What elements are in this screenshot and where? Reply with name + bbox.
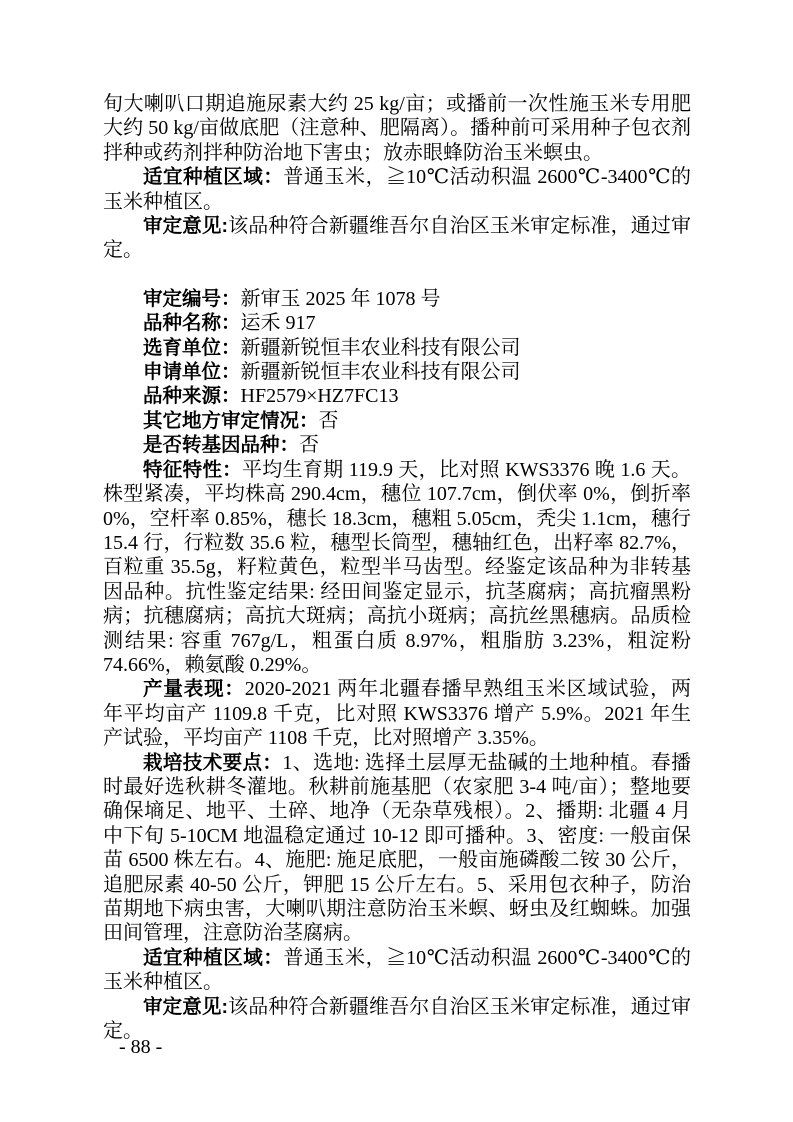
field-value: HF2579×HZ7FC13 — [241, 385, 399, 407]
field-label: 品种名称： — [143, 312, 241, 334]
section-label: 产量表现： — [143, 678, 245, 700]
prev-variety-opinion-paragraph: 审定意见:该品种符合新疆维吾尔自治区玉米审定标准，通过审定。 — [103, 214, 691, 263]
field-value: 否 — [299, 434, 319, 456]
section-text: 平均生育期 119.9 天，比对照 KWS3376 晚 1.6 天。株型紧凑，平… — [103, 459, 691, 676]
field-label: 是否转基因品种： — [143, 434, 299, 456]
section-text: 1、选地: 选择土层厚无盐碱的土地种植。春播时最好选秋耕冬灌地。秋耕前施基肥（农… — [103, 752, 691, 945]
section-label: 特征特性： — [143, 459, 242, 481]
field-applicant-unit: 申请单位：新疆新锐恒丰农业科技有限公司 — [103, 360, 691, 384]
page-body-text: 旬大喇叭口期追施尿素大约 25 kg/亩；或播前一次性施玉米专用肥大约 50 k… — [103, 92, 691, 1043]
field-other-region-approval: 其它地方审定情况：否 — [103, 409, 691, 433]
page-number: - 88 - — [119, 1036, 162, 1059]
section-label: 审定意见: — [143, 996, 228, 1018]
field-gmo-status: 是否转基因品种：否 — [103, 433, 691, 457]
region-label: 适宜种植区域： — [143, 166, 283, 188]
continuation-text: 旬大喇叭口期追施尿素大约 25 kg/亩；或播前一次性施玉米专用肥大约 50 k… — [103, 93, 691, 164]
field-value: 否 — [319, 410, 339, 432]
field-label: 申请单位： — [143, 361, 241, 383]
field-value: 新疆新锐恒丰农业科技有限公司 — [241, 361, 521, 383]
opinion-label: 审定意见: — [143, 215, 228, 237]
field-approval-number: 审定编号：新审玉 2025 年 1078 号 — [103, 287, 691, 311]
section-cultivation-techniques: 栽培技术要点：1、选地: 选择土层厚无盐碱的土地种植。春播时最好选秋耕冬灌地。秋… — [103, 751, 691, 946]
field-label: 审定编号： — [143, 288, 241, 310]
field-variety-source: 品种来源：HF2579×HZ7FC13 — [103, 384, 691, 408]
prev-variety-region-paragraph: 适宜种植区域：普通玉米，≧10℃活动积温 2600℃-3400℃的玉米种植区。 — [103, 165, 691, 214]
field-value: 新疆新锐恒丰农业科技有限公司 — [241, 337, 521, 359]
field-label: 选育单位： — [143, 337, 241, 359]
section-label: 栽培技术要点： — [143, 752, 282, 774]
continuation-paragraph: 旬大喇叭口期追施尿素大约 25 kg/亩；或播前一次性施玉米专用肥大约 50 k… — [103, 92, 691, 165]
field-breeding-unit: 选育单位：新疆新锐恒丰农业科技有限公司 — [103, 336, 691, 360]
section-approval-opinion: 审定意见:该品种符合新疆维吾尔自治区玉米审定标准，通过审定。 — [103, 995, 691, 1044]
field-variety-name: 品种名称：运禾 917 — [103, 311, 691, 335]
field-label: 其它地方审定情况： — [143, 410, 319, 432]
section-suitable-region: 适宜种植区域：普通玉米，≧10℃活动积温 2600℃-3400℃的玉米种植区。 — [103, 946, 691, 995]
document-page: 旬大喇叭口期追施尿素大约 25 kg/亩；或播前一次性施玉米专用肥大约 50 k… — [0, 0, 793, 1122]
section-characteristics: 特征特性：平均生育期 119.9 天，比对照 KWS3376 晚 1.6 天。株… — [103, 458, 691, 678]
section-label: 适宜种植区域： — [143, 947, 283, 969]
field-value: 运禾 917 — [241, 312, 316, 334]
field-label: 品种来源： — [143, 385, 241, 407]
field-value: 新审玉 2025 年 1078 号 — [241, 288, 441, 310]
section-yield-performance: 产量表现：2020-2021 两年北疆春播早熟组玉米区域试验，两年平均亩产 11… — [103, 677, 691, 750]
